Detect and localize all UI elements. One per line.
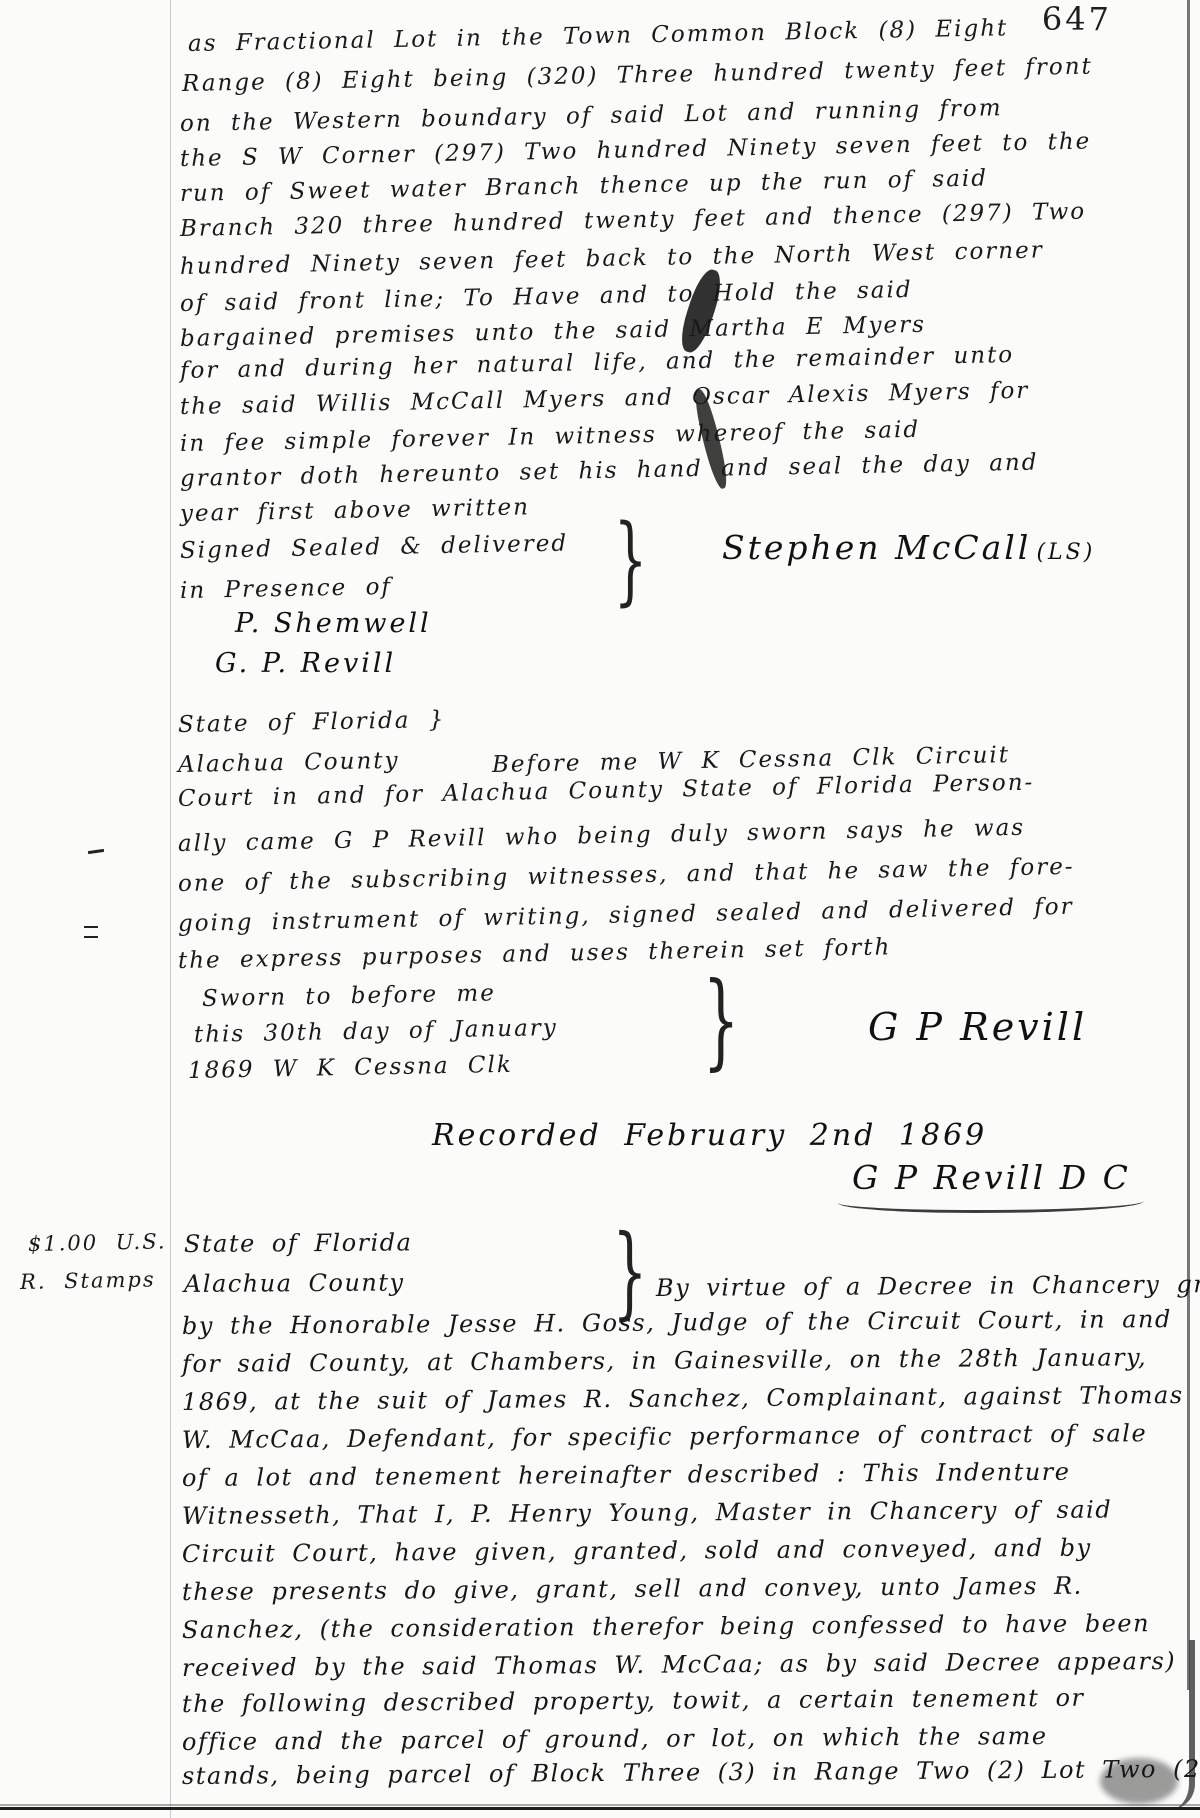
deed1-body-line: of said front line; To Have and to Hold … [180, 277, 913, 317]
scan-edge-right [1187, 0, 1190, 1690]
deed2-body-line: office and the parcel of ground, or lot,… [182, 1722, 1048, 1756]
margin-rule-line [170, 0, 171, 1818]
deed2-body-line: these presents do give, grant, sell and … [182, 1572, 1083, 1606]
deed1-body-line: the said Willis McCall Myers and Oscar A… [180, 378, 1030, 420]
jurat-line: Sworn to before me [202, 980, 496, 1012]
jurat-line: this 30th day of January [194, 1015, 558, 1048]
deed2-body-line: W. McCaa, Defendant, for specific perfor… [182, 1419, 1147, 1454]
deed2-brace: } [612, 1222, 647, 1322]
attestation-signed-line: Signed Sealed & delivered [180, 531, 569, 564]
deed2-body-line: Sanchez, (the consideration therefor bei… [182, 1609, 1150, 1644]
deed2-opening-line: By virtue of a Decree in Chancery grante… [656, 1270, 1200, 1302]
deed2-body-line: 1869, at the suit of James R. Sanchez, C… [182, 1381, 1184, 1416]
deed2-county-text: Alachua County [184, 1268, 405, 1298]
ack-state-brace: } [429, 707, 446, 733]
jurat-line: 1869 W K Cessna Clk [188, 1052, 513, 1084]
deed2-body-line: Witnesseth, That I, P. Henry Young, Mast… [182, 1496, 1112, 1530]
deed2-body-line: Circuit Court, have given, granted, sold… [182, 1534, 1092, 1568]
deed2-state-text: State of Florida [184, 1228, 413, 1258]
recording-line: Recorded February 2nd 1869 [432, 1118, 987, 1153]
deed2-body-line: for said County, at Chambers, in Gainesv… [182, 1343, 1147, 1378]
deed-book-page: 647 as Fractional Lot in the Town Common… [0, 0, 1200, 1818]
ack-state-text: State of Florida [178, 708, 411, 738]
scan-edge-bottom [0, 1807, 1200, 1810]
ack-body-line: the express purposes and uses therein se… [178, 934, 892, 974]
deed1-body-line: in fee simple forever In witness whereof… [180, 417, 921, 457]
officer-signature: G P Revill [868, 1005, 1087, 1049]
deed1-body-line: as Fractional Lot in the Town Common Blo… [188, 15, 1009, 57]
deed2-body-line: of a lot and tenement hereinafter descri… [182, 1458, 1071, 1492]
jurat-brace: } [703, 968, 739, 1072]
seal-mark: (LS) [1036, 540, 1095, 565]
margin-dash-mark [88, 849, 104, 854]
deed1-body-line: Range (8) Eight being (320) Three hundre… [182, 54, 1093, 97]
scan-edge-bottom-faint [0, 1804, 1200, 1806]
ack-body-line: one of the subscribing witnesses, and th… [178, 854, 1075, 897]
attestation-presence-line: in Presence of [180, 574, 392, 604]
grantor-signature-name: Stephen McCall [722, 528, 1031, 567]
ink-smudge [675, 266, 726, 356]
deed1-body-line: grantor doth hereunto set his hand and s… [180, 450, 1039, 492]
deed2-body-line: received by the said Thomas W. McCaa; as… [182, 1647, 1176, 1682]
ack-county-text: Alachua County [178, 748, 400, 778]
witness-signature: P. Shemwell [235, 608, 432, 639]
margin-double-dash-mark [84, 926, 98, 938]
ack-body-line: Court in and for Alachua County State of… [178, 770, 1035, 812]
grantor-signature: Stephen McCall (LS) [722, 528, 1095, 567]
deed1-body-line: hundred Ninety seven feet back to the No… [180, 237, 1044, 280]
ack-state-line: State of Florida } [178, 707, 446, 738]
deed2-body-line: by the Honorable Jesse H. Goss, Judge of… [182, 1305, 1172, 1340]
witness-signature: G. P. Revill [215, 648, 396, 679]
recording-signature: G P Revill D C [852, 1158, 1131, 1197]
deed1-body-line: on the Western boundary of said Lot and … [180, 95, 1003, 137]
deed2-body-line: stands, being parcel of Block Three (3) … [182, 1755, 1200, 1790]
ack-body-line: going instrument of writing, signed seal… [178, 894, 1074, 937]
revenue-stamp-note: R. Stamps [20, 1267, 156, 1294]
ack-body-line: ally came G P Revill who being duly swor… [178, 815, 1026, 857]
deed2-body-line: the following described property, towit,… [182, 1684, 1085, 1718]
attestation-brace: } [614, 512, 648, 608]
signature-flourish [838, 1198, 1144, 1213]
deed1-body-line: year first above written [180, 494, 530, 527]
revenue-stamp-note: $1.00 U.S. [28, 1229, 167, 1256]
deed1-body-line: run of Sweet water Branch thence up the … [180, 165, 988, 207]
deed1-body-line: Branch 320 three hundred twenty feet and… [180, 199, 1087, 242]
page-number: 647 [1042, 0, 1112, 38]
